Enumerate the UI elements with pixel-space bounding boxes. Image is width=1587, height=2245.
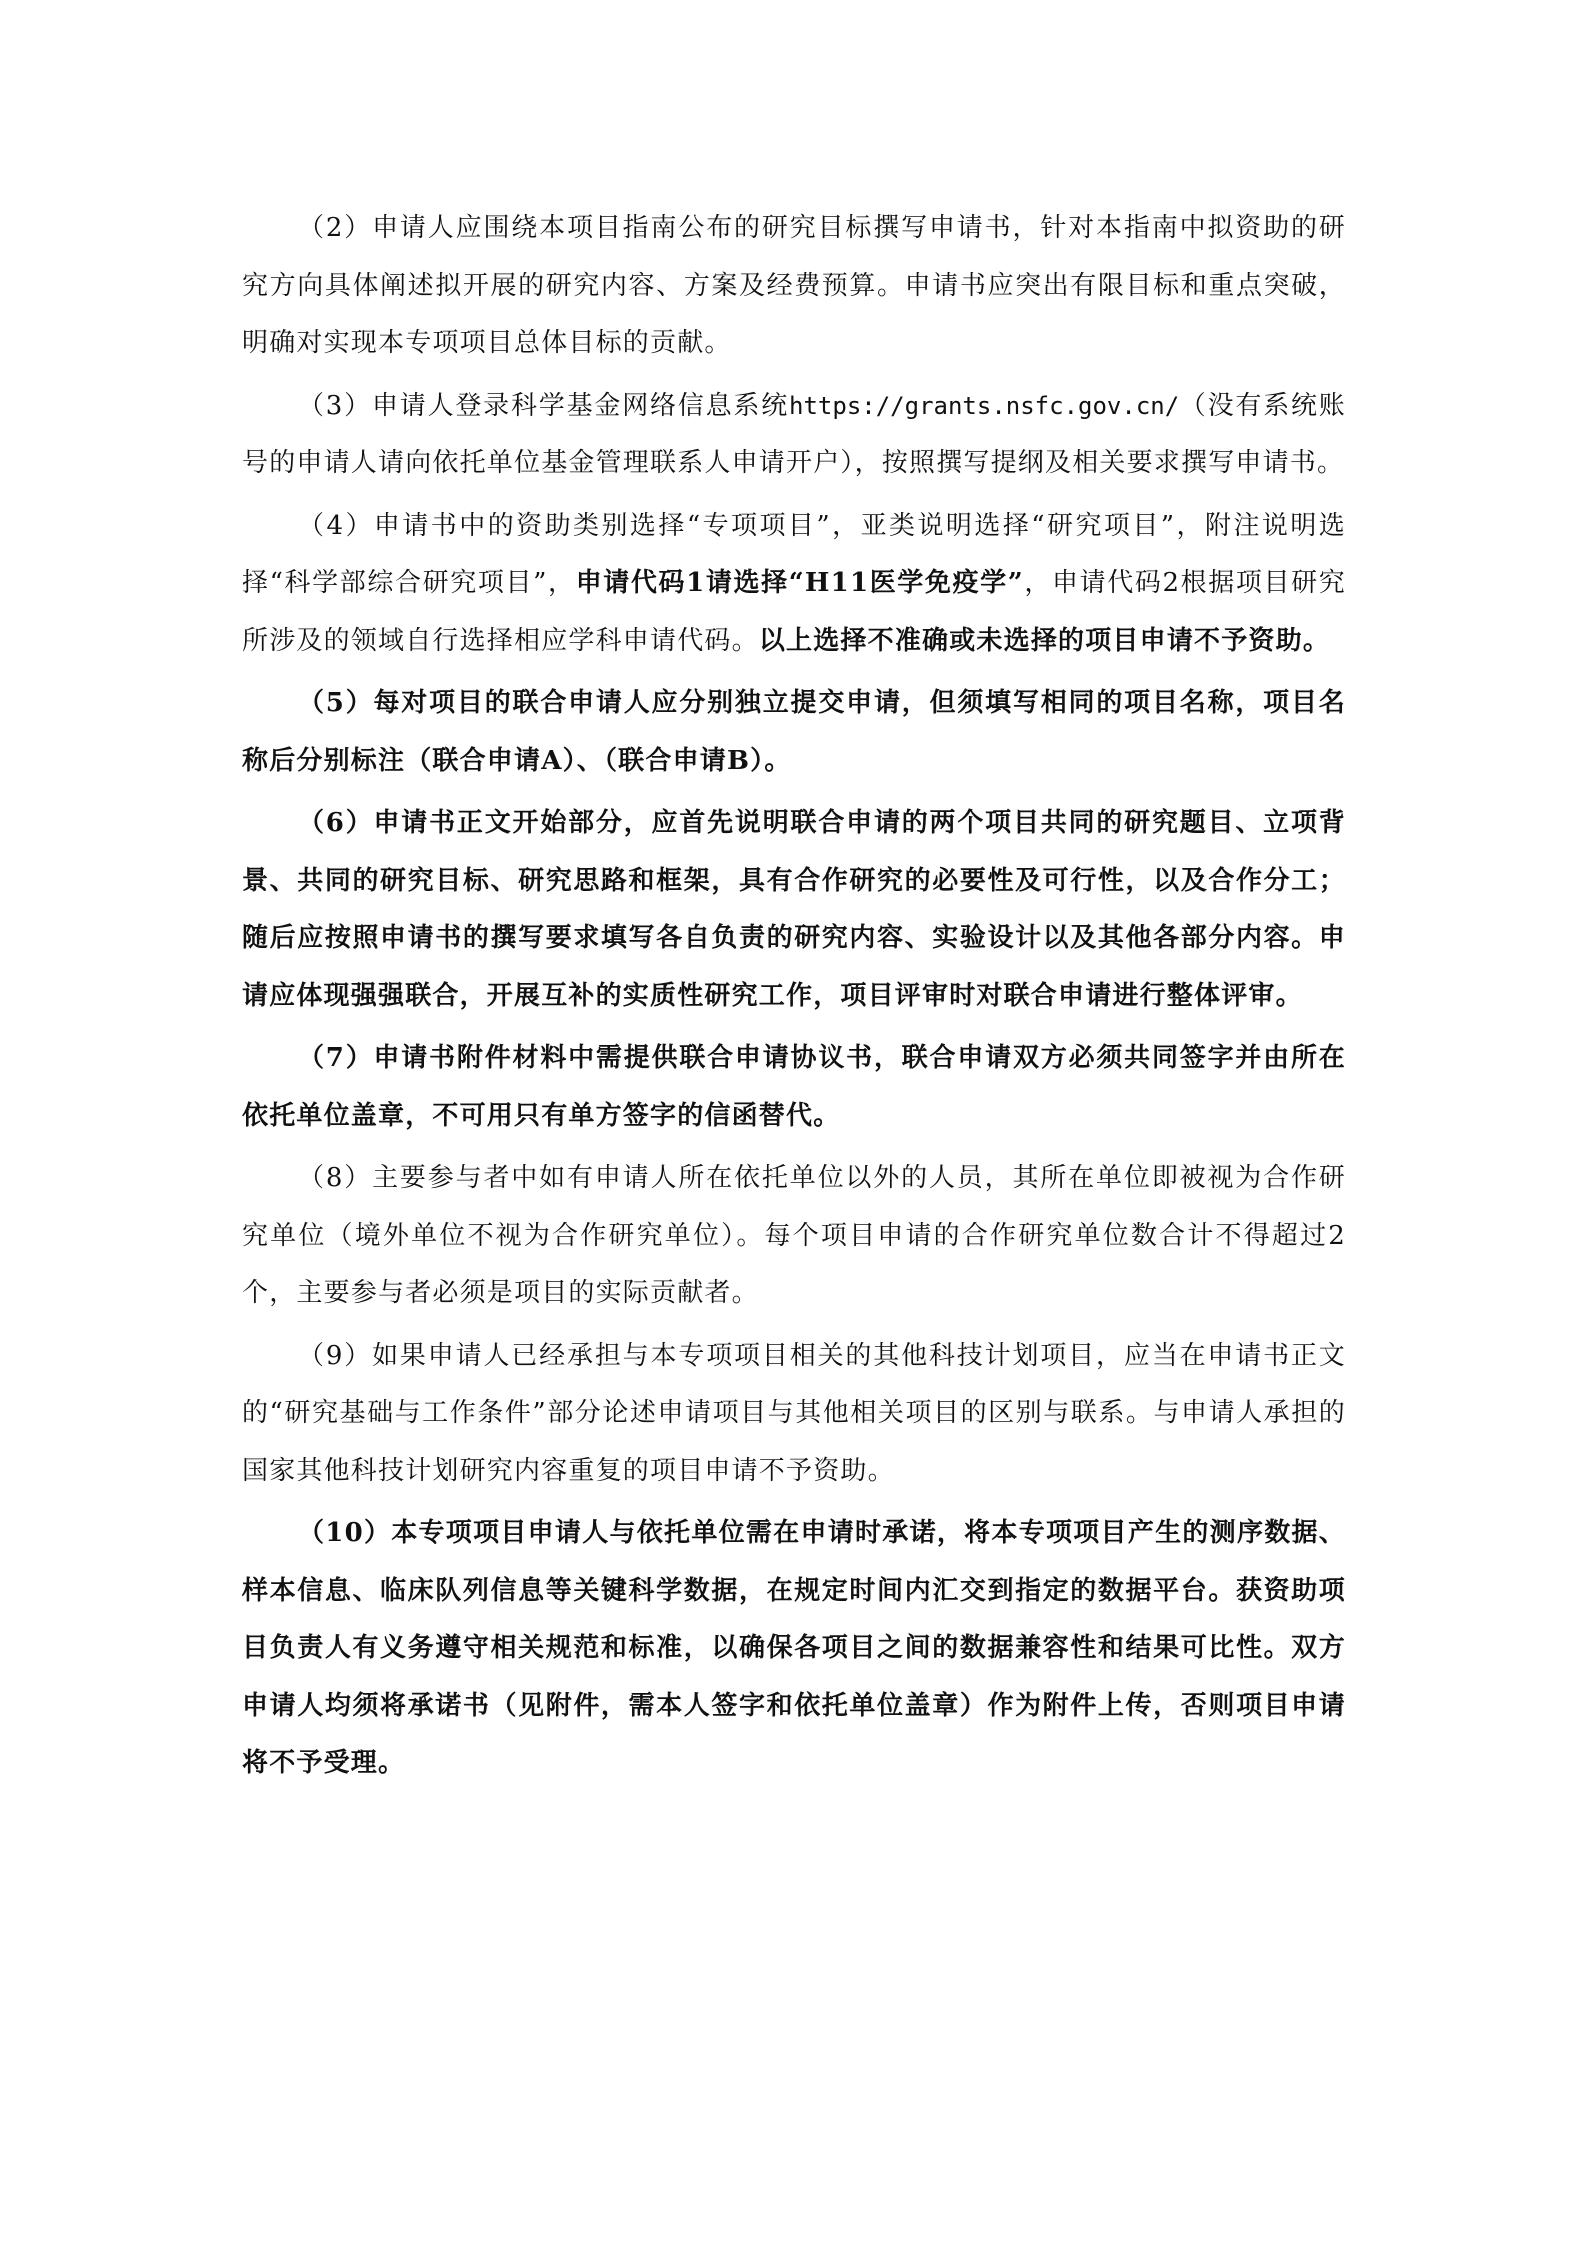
paragraph-2-text: （2）申请人应围绕本项目指南公布的研究目标撰写申请书，针对本指南中拟资助的研究方… [242, 213, 1346, 358]
nsfc-grants-url[interactable]: https://grants.nsfc.gov.cn/ [789, 392, 1179, 420]
paragraph-5-text: （5）每对项目的联合申请人应分别独立提交申请，但须填写相同的项目名称，项目名称后… [242, 688, 1346, 776]
paragraph-7: （7）申请书附件材料中需提供联合申请协议书，联合申请双方必须共同签字并由所在依托… [242, 1030, 1346, 1145]
paragraph-6: （6）申请书正文开始部分，应首先说明联合申请的两个项目共同的研究题目、立项背景、… [242, 795, 1346, 1025]
paragraph-9-text: （9）如果申请人已经承担与本专项项目相关的其他科技计划项目，应当在申请书正文的“… [242, 1341, 1346, 1486]
paragraph-5: （5）每对项目的联合申请人应分别独立提交申请，但须填写相同的项目名称，项目名称后… [242, 675, 1346, 790]
document-page: （2）申请人应围绕本项目指南公布的研究目标撰写申请书，针对本指南中拟资助的研究方… [242, 200, 1346, 1798]
paragraph-2: （2）申请人应围绕本项目指南公布的研究目标撰写申请书，针对本指南中拟资助的研究方… [242, 200, 1346, 373]
paragraph-4: （4）申请书中的资助类别选择“专项项目”，亚类说明选择“研究项目”，附注说明选择… [242, 498, 1346, 671]
paragraph-8-text: （8）主要参与者中如有申请人所在依托单位以外的人员，其所在单位即被视为合作研究单… [242, 1163, 1346, 1308]
paragraph-10-text: （10）本专项项目申请人与依托单位需在申请时承诺，将本专项项目产生的测序数据、样… [242, 1518, 1346, 1778]
paragraph-10: （10）本专项项目申请人与依托单位需在申请时承诺，将本专项项目产生的测序数据、样… [242, 1505, 1346, 1793]
paragraph-7-text: （7）申请书附件材料中需提供联合申请协议书，联合申请双方必须共同签字并由所在依托… [242, 1043, 1346, 1131]
paragraph-8: （8）主要参与者中如有申请人所在依托单位以外的人员，其所在单位即被视为合作研究单… [242, 1150, 1346, 1323]
paragraph-3: （3）申请人登录科学基金网络信息系统https://grants.nsfc.go… [242, 378, 1346, 493]
paragraph-4-code-requirement: 申请代码1请选择“H11医学免疫学” [576, 568, 1024, 598]
paragraph-9: （9）如果申请人已经承担与本专项项目相关的其他科技计划项目，应当在申请书正文的“… [242, 1328, 1346, 1501]
paragraph-3-text-a: （3）申请人登录科学基金网络信息系统 [298, 391, 789, 421]
paragraph-4-warning: 以上选择不准确或未选择的项目申请不予资助。 [759, 626, 1330, 656]
paragraph-6-text: （6）申请书正文开始部分，应首先说明联合申请的两个项目共同的研究题目、立项背景、… [242, 808, 1346, 1011]
